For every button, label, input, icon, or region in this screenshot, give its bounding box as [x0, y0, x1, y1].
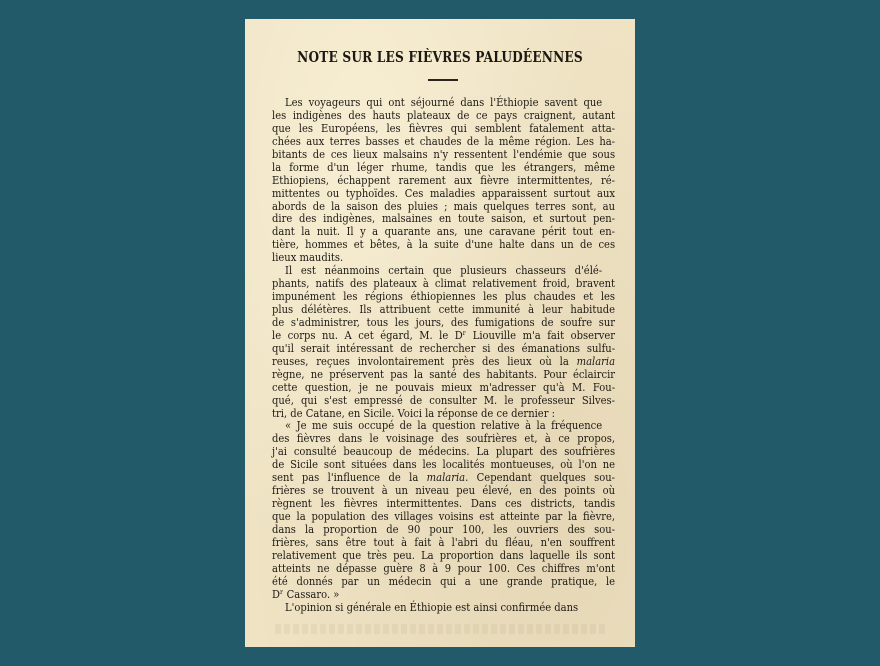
document-page: NOTE SUR LES FIÈVRES PALUDÉENNES Les voy… [245, 19, 635, 647]
page-title: NOTE SUR LES FIÈVRES PALUDÉENNES [276, 49, 604, 66]
italic-term: malaria [577, 354, 615, 368]
show-through-text [275, 624, 605, 634]
article-body: Les voyageurs qui ont séjourné dans l'Ét… [272, 96, 615, 614]
italic-term: malaria [427, 470, 465, 484]
text-line: L'opinion si générale en Éthiopie est ai… [272, 601, 615, 614]
title-divider [428, 79, 458, 81]
